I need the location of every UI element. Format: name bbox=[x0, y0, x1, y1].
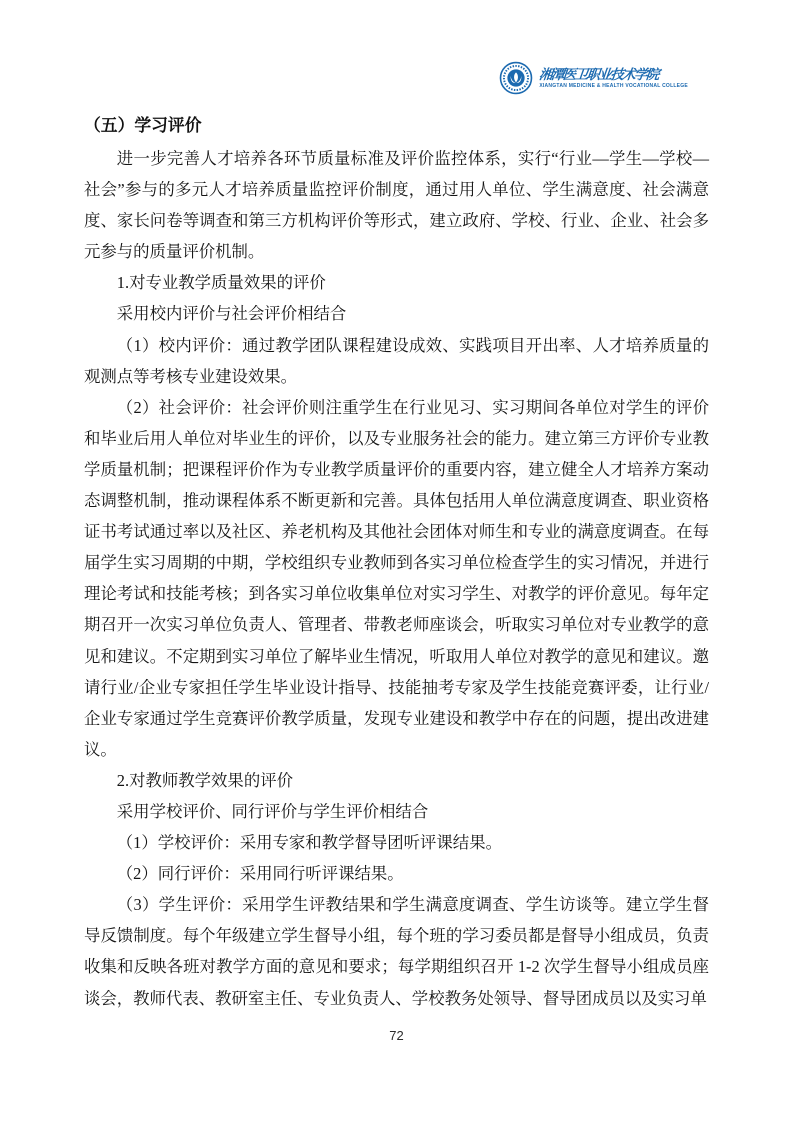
paragraph: （2）社会评价：社会评价则注重学生在行业见习、实习期间各单位对学生的评价和毕业后… bbox=[84, 392, 709, 765]
page-footer: 72 bbox=[0, 1028, 793, 1043]
paragraph: （1）校内评价：通过教学团队课程建设成效、实践项目开出率、人才培养质量的观测点等… bbox=[84, 330, 709, 392]
paragraph: 2.对教师教学效果的评价 bbox=[84, 765, 709, 796]
college-name-en: XIANGTAN MEDICINE & HEALTH VOCATIONAL CO… bbox=[539, 83, 688, 90]
document-body: 进一步完善人才培养各环节质量标准及评价监控体系，实行“行业—学生—学校—社会”参… bbox=[84, 143, 709, 1014]
paragraph: （1）学校评价：采用专家和教学督导团听评课结果。 bbox=[84, 827, 709, 858]
paragraph: 采用学校评价、同行评价与学生评价相结合 bbox=[84, 796, 709, 827]
college-logo-text: 湘潭医卫职业技术学院 XIANGTAN MEDICINE & HEALTH VO… bbox=[539, 67, 688, 90]
college-logo: 湘潭医卫职业技术学院 XIANGTAN MEDICINE & HEALTH VO… bbox=[498, 60, 688, 96]
paragraph: （3）学生评价：采用学生评教结果和学生满意度调查、学生访谈等。建立学生督导反馈制… bbox=[84, 889, 709, 1013]
paragraph: 进一步完善人才培养各环节质量标准及评价监控体系，实行“行业—学生—学校—社会”参… bbox=[84, 143, 709, 267]
document-content: （五）学习评价 进一步完善人才培养各环节质量标准及评价监控体系，实行“行业—学生… bbox=[84, 109, 709, 1014]
document-page: 湘潭医卫职业技术学院 XIANGTAN MEDICINE & HEALTH VO… bbox=[0, 0, 793, 1122]
paragraph: （2）同行评价：采用同行听评课结果。 bbox=[84, 858, 709, 889]
paragraph: 采用校内评价与社会评价相结合 bbox=[84, 298, 709, 329]
college-name-zh: 湘潭医卫职业技术学院 bbox=[538, 67, 688, 83]
paragraph: 1.对专业教学质量效果的评价 bbox=[84, 267, 709, 298]
section-title: （五）学习评价 bbox=[84, 109, 709, 143]
college-emblem-icon bbox=[498, 60, 534, 96]
page-number: 72 bbox=[389, 1028, 403, 1043]
